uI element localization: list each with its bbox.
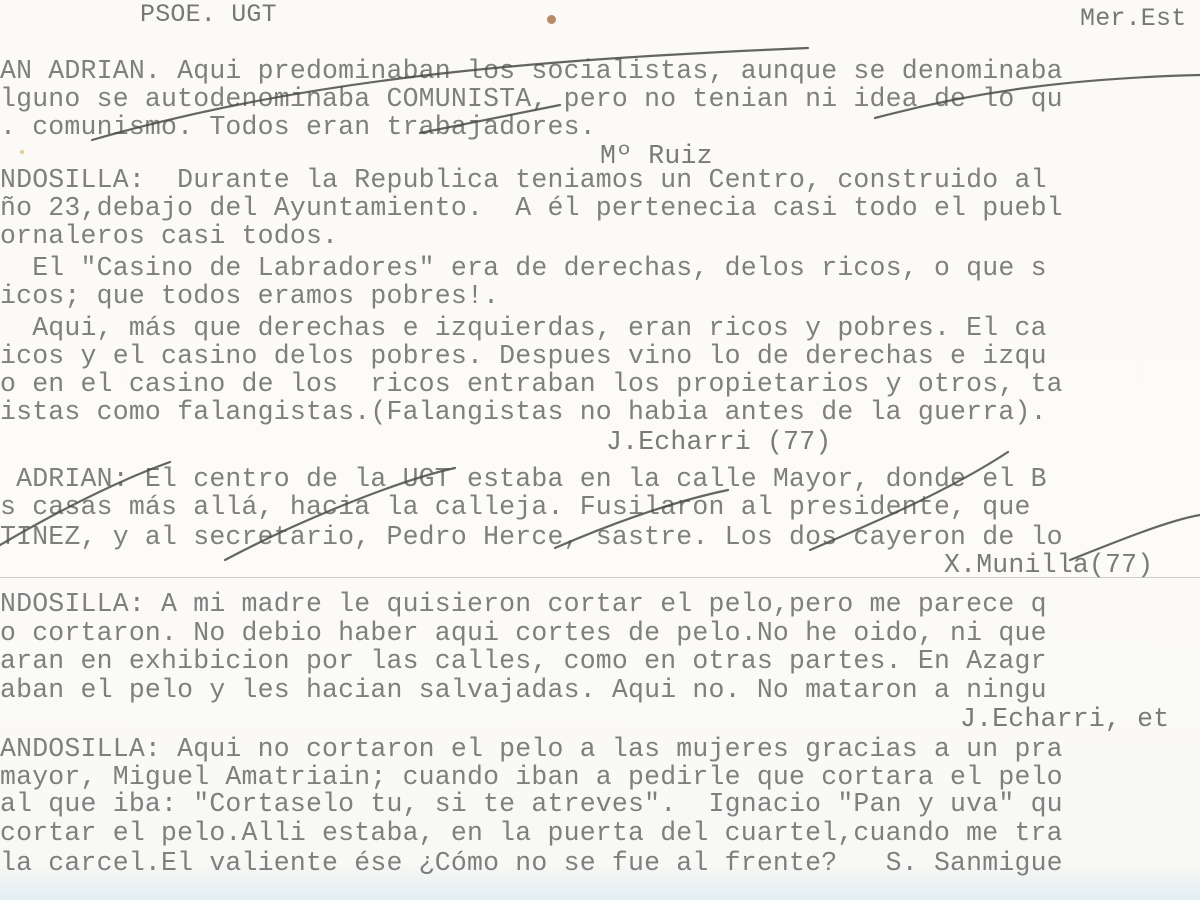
text-line: TINEZ, y al secretario, Pedro Herce, sas… — [0, 524, 1063, 551]
text-line: Aqui, más que derechas e izquierdas, era… — [0, 315, 1047, 342]
separator-rule — [0, 577, 1200, 578]
text-line: ornaleros casi todos. — [0, 223, 338, 250]
text-line: icos y el casino delos pobres. Despues v… — [0, 343, 1047, 370]
text-line: lguno se autodenominaba COMUNISTA, pero … — [0, 86, 1063, 113]
text-line: o cortaron. No debio haber aqui cortes d… — [0, 620, 1047, 647]
yellow-speck — [20, 150, 24, 154]
text-line: istas como falangistas.(Falangistas no h… — [0, 399, 1047, 426]
text-line: ANDOSILLA: Aqui no cortaron el pelo a la… — [0, 736, 1063, 763]
text-line: NDOSILLA: Durante la Republica teniamos … — [0, 167, 1047, 194]
text-line: El "Casino de Labradores" era de derecha… — [0, 255, 1047, 282]
text-line: cortar el pelo.Alli estaba, en la puerta… — [0, 820, 1063, 847]
text-line: la carcel.El valiente ése ¿Cómo no se fu… — [0, 850, 1063, 877]
text-line: icos; que todos eramos pobres!. — [0, 283, 499, 310]
text-line: aran en exhibicion por las calles, como … — [0, 648, 1047, 675]
rust-spot — [547, 15, 556, 24]
signature: J.Echarri (77) — [606, 429, 831, 456]
header-right: Mer.Est — [1080, 6, 1186, 31]
text-line: AN ADRIAN. Aqui predominaban los sociali… — [0, 58, 1063, 85]
signature: X.Munilla(77) — [944, 552, 1153, 579]
text-line: ño 23,debajo del Ayuntamiento. A él pert… — [0, 195, 1063, 222]
text-line: s casas más allá, hacia la calleja. Fusi… — [0, 494, 1031, 521]
text-line: mayor, Miguel Amatriain; cuando iban a p… — [0, 764, 1063, 791]
text-line: al que iba: "Cortaselo tu, si te atreves… — [0, 791, 1063, 818]
text-line: NDOSILLA: A mi madre le quisieron cortar… — [0, 591, 1047, 618]
text-line: o en el casino de los ricos entraban los… — [0, 371, 1063, 398]
signature: J.Echarri, et — [960, 706, 1169, 733]
header-left: PSOE. UGT — [140, 2, 277, 27]
text-line: ADRIAN: El centro de la UGT estaba en la… — [0, 466, 1047, 493]
text-line: . comunismo. Todos eran trabajadores. — [0, 114, 596, 141]
scanned-typewritten-page: PSOE. UGT Mer.Est AN ADRIAN. Aqui predom… — [0, 0, 1200, 900]
text-line: aban el pelo y les hacian salvajadas. Aq… — [0, 677, 1047, 704]
